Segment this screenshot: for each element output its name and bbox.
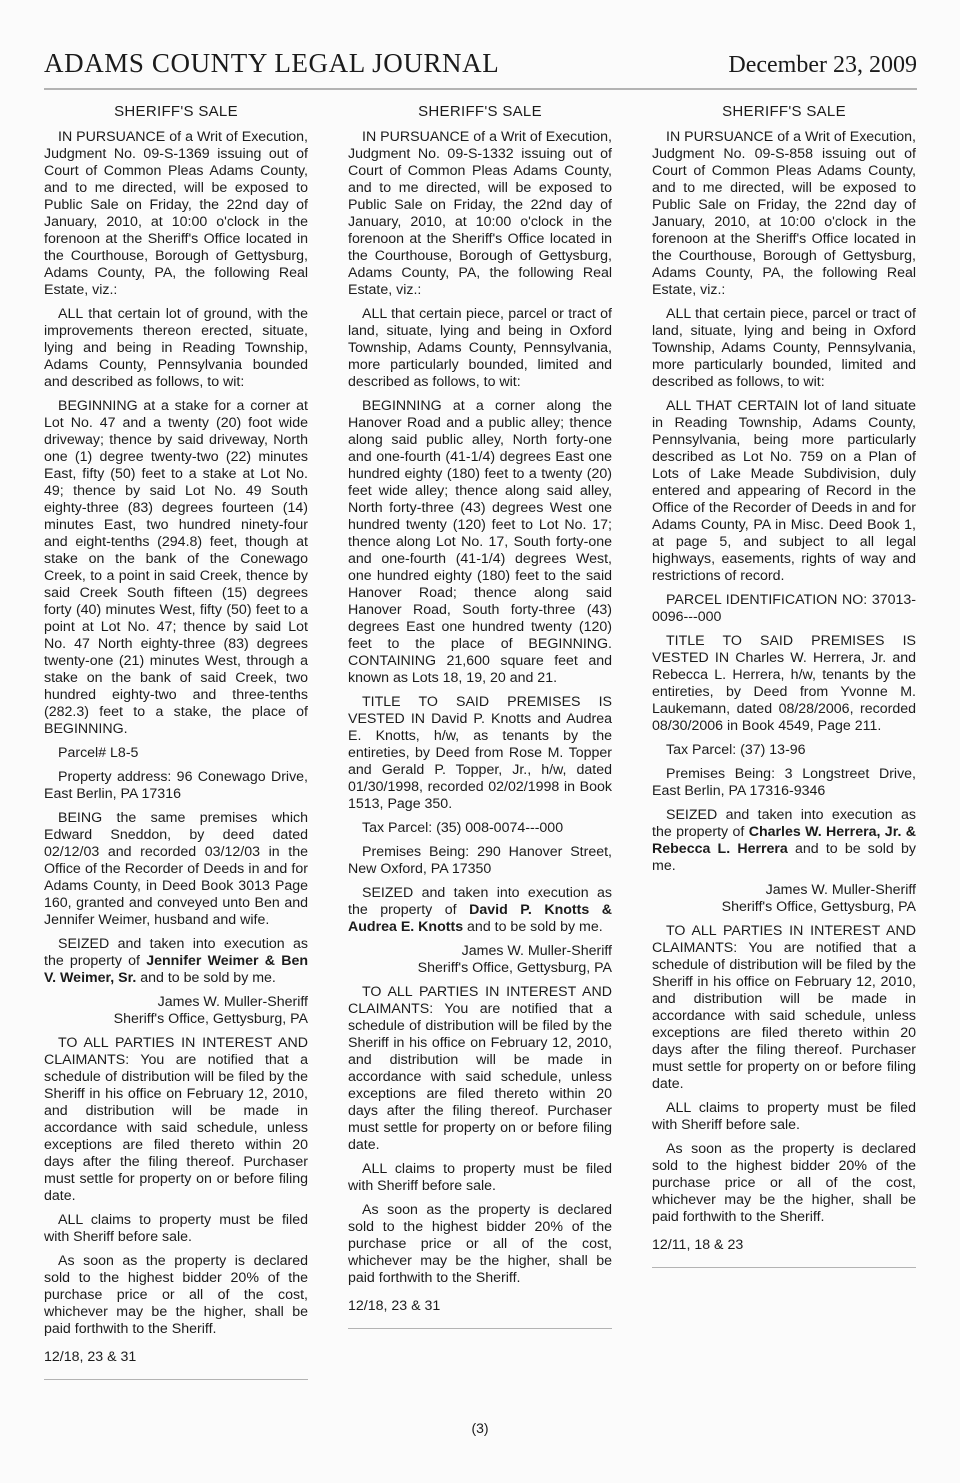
legal-text-paragraph: IN PURSUANCE of a Writ of Execution, Jud… [348,129,612,299]
page-header: ADAMS COUNTY LEGAL JOURNAL December 23, … [44,0,917,90]
seized-suffix: and to be sold by me. [463,919,603,935]
legal-text-paragraph: ALL claims to property must be filed wit… [44,1212,308,1246]
publication-dates: 12/11, 18 & 23 [652,1237,916,1254]
premises-address: Premises Being: 290 Hanover Street, New … [348,844,612,878]
notice-divider [652,1267,916,1268]
sheriff-office: Sheriff's Office, Gettysburg, PA [44,1011,308,1028]
legal-text-paragraph: ALL that certain lot of ground, with the… [44,306,308,391]
publication-dates: 12/18, 23 & 31 [348,1298,612,1315]
page-number: (3) [0,1420,960,1436]
seized-paragraph: SEIZED and taken into execution as the p… [652,807,916,875]
legal-text-paragraph: As soon as the property is declared sold… [348,1202,612,1287]
property-address: Property address: 96 Conewago Drive, Eas… [44,769,308,803]
seized-paragraph: SEIZED and taken into execution as the p… [44,936,308,987]
legal-text-paragraph: TO ALL PARTIES IN INTEREST AND CLAIMANTS… [44,1035,308,1205]
legal-text-paragraph: ALL claims to property must be filed wit… [348,1161,612,1195]
sheriff-signature: James W. Muller-Sheriff [348,943,612,960]
parcel-number: Parcel# L8-5 [44,745,308,762]
sheriff-signature: James W. Muller-Sheriff [44,994,308,1011]
notice-divider [44,1379,308,1380]
legal-text-paragraph: TO ALL PARTIES IN INTEREST AND CLAIMANTS… [652,923,916,1093]
notice-heading: SHERIFF'S SALE [348,103,612,120]
notice-column-2: SHERIFF'S SALE IN PURSUANCE of a Writ of… [348,103,612,1380]
legal-text-paragraph: BEING the same premises which Edward Sne… [44,810,308,929]
sheriff-signature: James W. Muller-Sheriff [652,882,916,899]
legal-text-paragraph: ALL claims to property must be filed wit… [652,1100,916,1134]
sheriff-office: Sheriff's Office, Gettysburg, PA [652,899,916,916]
legal-text-paragraph: TITLE TO SAID PREMISES IS VESTED IN Char… [652,633,916,735]
legal-text-paragraph: BEGINNING at a stake for a corner at Lot… [44,398,308,738]
issue-date: December 23, 2009 [728,52,917,79]
parcel-identification: PARCEL IDENTIFICATION NO: 37013-0096---0… [652,592,916,626]
notice-columns: SHERIFF'S SALE IN PURSUANCE of a Writ of… [44,103,917,1380]
legal-text-paragraph: ALL that certain piece, parcel or tract … [348,306,612,391]
sheriff-office: Sheriff's Office, Gettysburg, PA [348,960,612,977]
legal-text-paragraph: IN PURSUANCE of a Writ of Execution, Jud… [652,129,916,299]
masthead-title: ADAMS COUNTY LEGAL JOURNAL [44,48,499,79]
notice-heading: SHERIFF'S SALE [44,103,308,120]
seized-paragraph: SEIZED and taken into execution as the p… [348,885,612,936]
notice-column-3: SHERIFF'S SALE IN PURSUANCE of a Writ of… [652,103,916,1380]
journal-page: ADAMS COUNTY LEGAL JOURNAL December 23, … [0,0,960,1483]
legal-text-paragraph: ALL that certain piece, parcel or tract … [652,306,916,391]
notice-column-1: SHERIFF'S SALE IN PURSUANCE of a Writ of… [44,103,308,1380]
legal-text-paragraph: TITLE TO SAID PREMISES IS VESTED IN Davi… [348,694,612,813]
seized-suffix: and to be sold by me. [136,970,276,986]
legal-text-paragraph: ALL THAT CERTAIN lot of land situate in … [652,398,916,585]
legal-text-paragraph: As soon as the property is declared sold… [44,1253,308,1338]
legal-text-paragraph: As soon as the property is declared sold… [652,1141,916,1226]
notice-heading: SHERIFF'S SALE [652,103,916,120]
publication-dates: 12/18, 23 & 31 [44,1349,308,1366]
legal-text-paragraph: IN PURSUANCE of a Writ of Execution, Jud… [44,129,308,299]
tax-parcel: Tax Parcel: (35) 008-0074---000 [348,820,612,837]
notice-divider [348,1328,612,1329]
legal-text-paragraph: BEGINNING at a corner along the Hanover … [348,398,612,687]
legal-text-paragraph: TO ALL PARTIES IN INTEREST AND CLAIMANTS… [348,984,612,1154]
premises-address: Premises Being: 3 Longstreet Drive, East… [652,766,916,800]
tax-parcel: Tax Parcel: (37) 13-96 [652,742,916,759]
